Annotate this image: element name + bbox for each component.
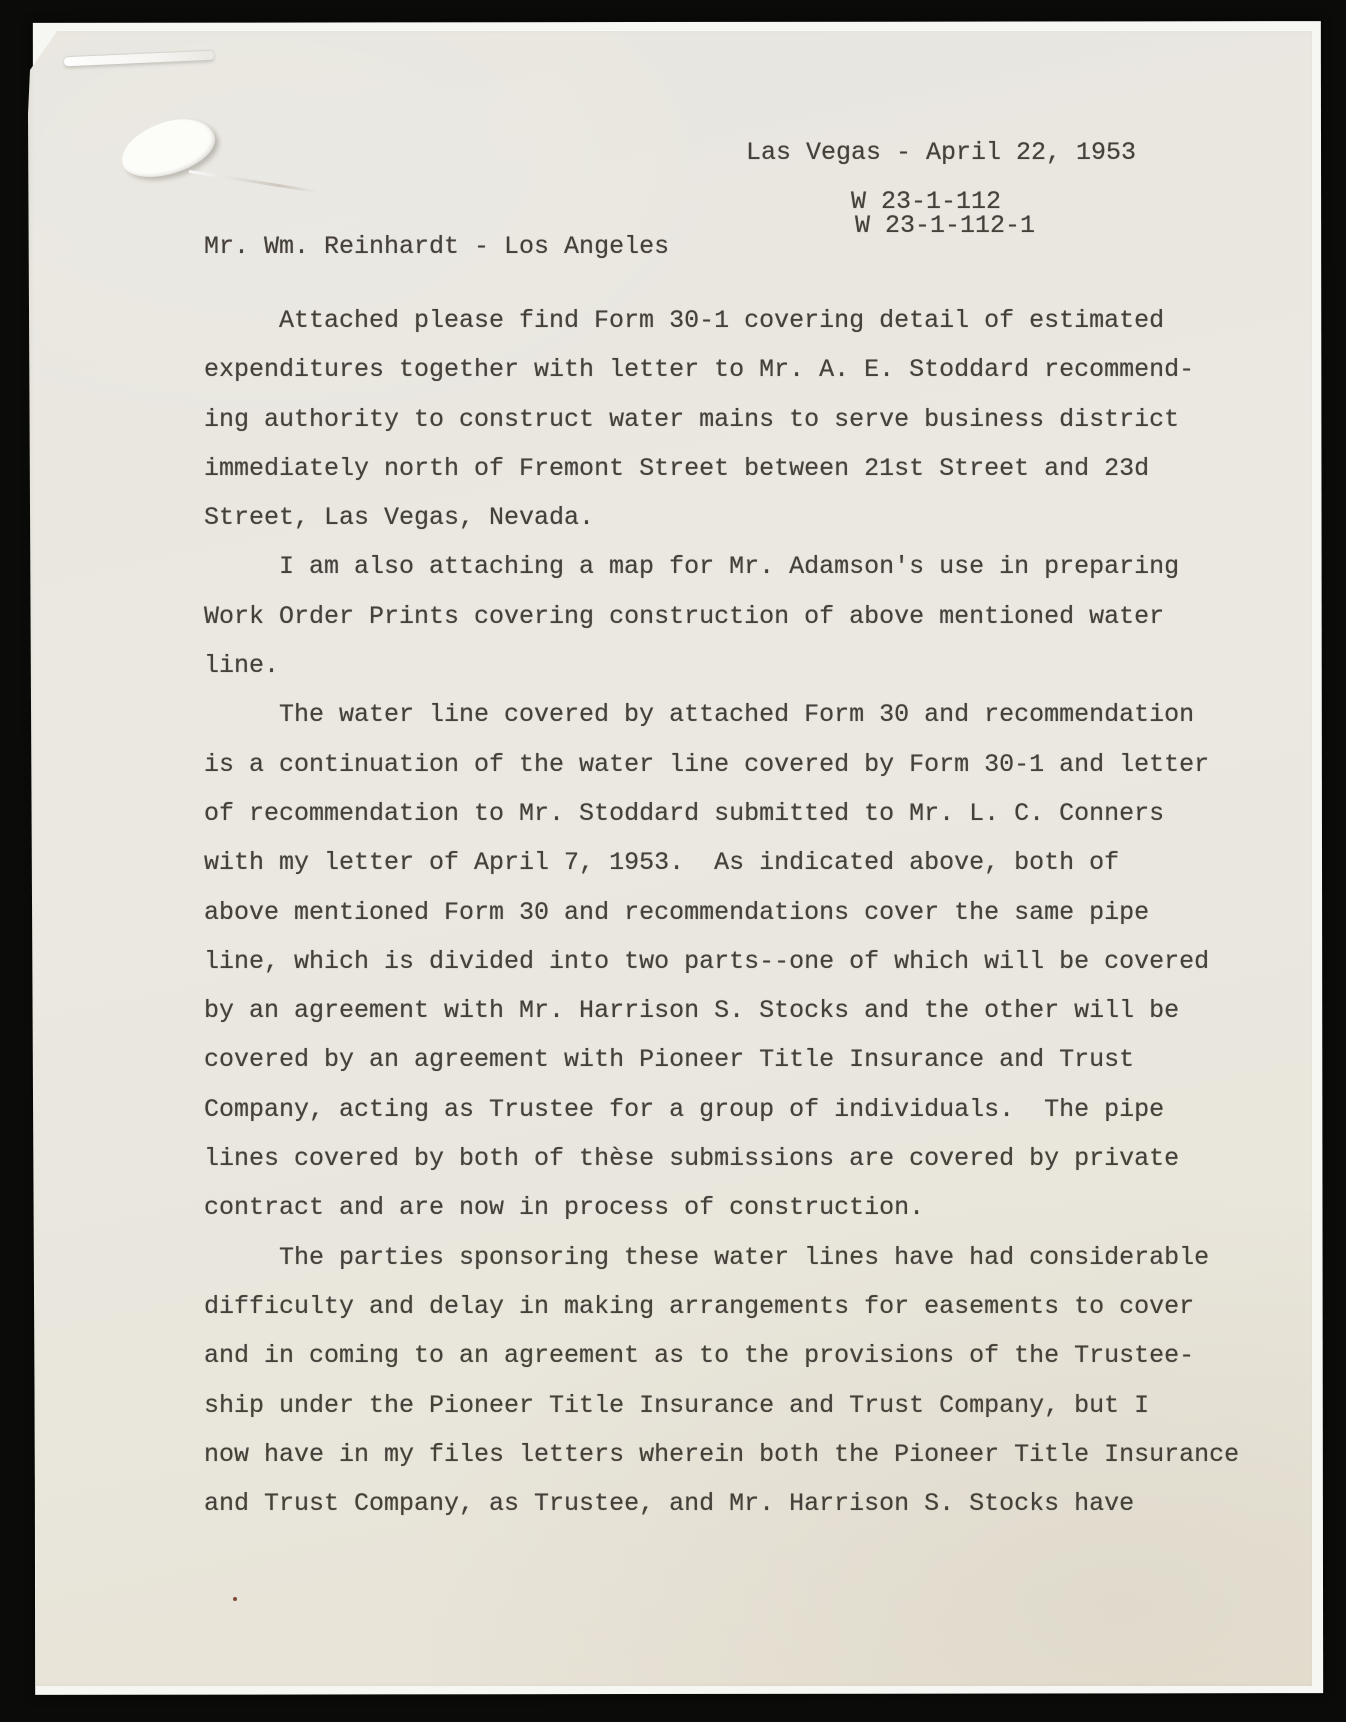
typewritten-line: contract and are now in process of const… [204, 1183, 1294, 1232]
typewritten-line: Company, acting as Trustee for a group o… [204, 1085, 1294, 1134]
typewritten-line: and in coming to an agreement as to the … [204, 1331, 1294, 1380]
typewritten-line: covered by an agreement with Pioneer Tit… [204, 1035, 1294, 1084]
dateline: Las Vegas - April 22, 1953 [746, 138, 1136, 167]
typewritten-line: lines covered by both of thèse submissio… [204, 1134, 1294, 1183]
letter-body: Attached please find Form 30-1 covering … [204, 296, 1294, 1528]
scan-background: Las Vegas - April 22, 1953 W 23-1-112 W … [0, 0, 1346, 1722]
paper-scratch-mark [189, 170, 318, 193]
typewritten-line: difficulty and delay in making arrangeme… [204, 1282, 1294, 1331]
typewritten-line: of recommendation to Mr. Stoddard submit… [204, 789, 1294, 838]
typewritten-line: immediately north of Fremont Street betw… [204, 444, 1294, 493]
typewritten-line: line, which is divided into two parts--o… [204, 937, 1294, 986]
typewritten-line: Attached please find Form 30-1 covering … [204, 296, 1294, 345]
typewritten-line: ing authority to construct water mains t… [204, 395, 1294, 444]
recipient-line: Mr. Wm. Reinhardt - Los Angeles [204, 232, 669, 261]
typewritten-line: is a continuation of the water line cove… [204, 740, 1294, 789]
typewritten-line: with my letter of April 7, 1953. As indi… [204, 838, 1294, 887]
typewritten-line: now have in my files letters wherein bot… [204, 1430, 1294, 1479]
typewritten-line: above mentioned Form 30 and recommendati… [204, 888, 1294, 937]
typewritten-line: I am also attaching a map for Mr. Adamso… [204, 542, 1294, 591]
ink-speck [233, 1597, 237, 1601]
file-number-2: W 23-1-112-1 [855, 211, 1035, 240]
typewritten-line: The water line covered by attached Form … [204, 690, 1294, 739]
typewritten-line: The parties sponsoring these water lines… [204, 1233, 1294, 1282]
typewritten-line: and Trust Company, as Trustee, and Mr. H… [204, 1479, 1294, 1528]
typewritten-line: line. [204, 641, 1294, 690]
paper-crease-mark [64, 51, 214, 67]
letter-page: Las Vegas - April 22, 1953 W 23-1-112 W … [28, 30, 1312, 1686]
typewritten-line: expenditures together with letter to Mr.… [204, 345, 1294, 394]
typewritten-line: by an agreement with Mr. Harrison S. Sto… [204, 986, 1294, 1035]
typewritten-line: Work Order Prints covering construction … [204, 592, 1294, 641]
typewritten-line: ship under the Pioneer Title Insurance a… [204, 1381, 1294, 1430]
typewritten-line: Street, Las Vegas, Nevada. [204, 493, 1294, 542]
